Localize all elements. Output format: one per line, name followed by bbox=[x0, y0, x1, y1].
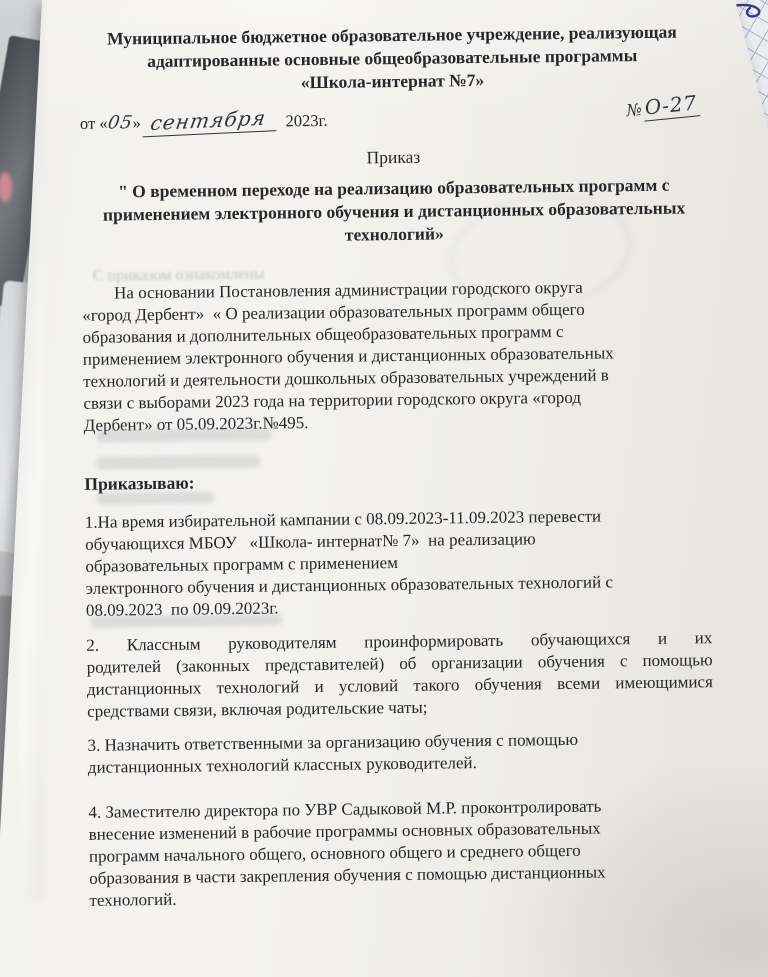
bleedthrough-smudge bbox=[96, 428, 272, 443]
handwritten-number: О-27 bbox=[641, 90, 700, 121]
order-item-3: 3. Назначить ответственными за организац… bbox=[87, 727, 713, 779]
intro-paragraph: На основании Постановления администрации… bbox=[82, 275, 710, 437]
order-item-4: 4. Заместителю директора по УВР Садыково… bbox=[88, 794, 715, 912]
handwritten-day: 05 bbox=[106, 112, 134, 133]
decree-heading: Приказываю: bbox=[84, 466, 710, 495]
bleedthrough-smudge bbox=[96, 455, 260, 470]
date-prefix: от « bbox=[80, 114, 108, 133]
order-number: №О-27 bbox=[625, 90, 700, 121]
date-line: от «05»сентября 2023г. bbox=[80, 107, 328, 136]
date-number-row: от «05»сентября 2023г. №О-27 bbox=[80, 102, 706, 136]
document-content: С приказом ознакомлены Муниципальное бюд… bbox=[0, 0, 768, 977]
order-item-1: 1.На время избирательной кампании с 08.0… bbox=[85, 504, 712, 622]
date-year: 2023г. bbox=[285, 111, 327, 131]
order-item-2: 2. Классным руководителям проинформирова… bbox=[86, 627, 713, 723]
order-word: Приказ bbox=[80, 143, 706, 172]
handwritten-month: сентября bbox=[142, 105, 280, 137]
doc-header: Муниципальное бюджетное образовательное … bbox=[79, 20, 706, 97]
bleedthrough-smudge bbox=[96, 491, 214, 504]
bleedthrough-ack-line: С приказом ознакомлены bbox=[93, 266, 265, 286]
bleedthrough-smudge bbox=[90, 613, 282, 627]
number-sign: № bbox=[625, 100, 643, 121]
